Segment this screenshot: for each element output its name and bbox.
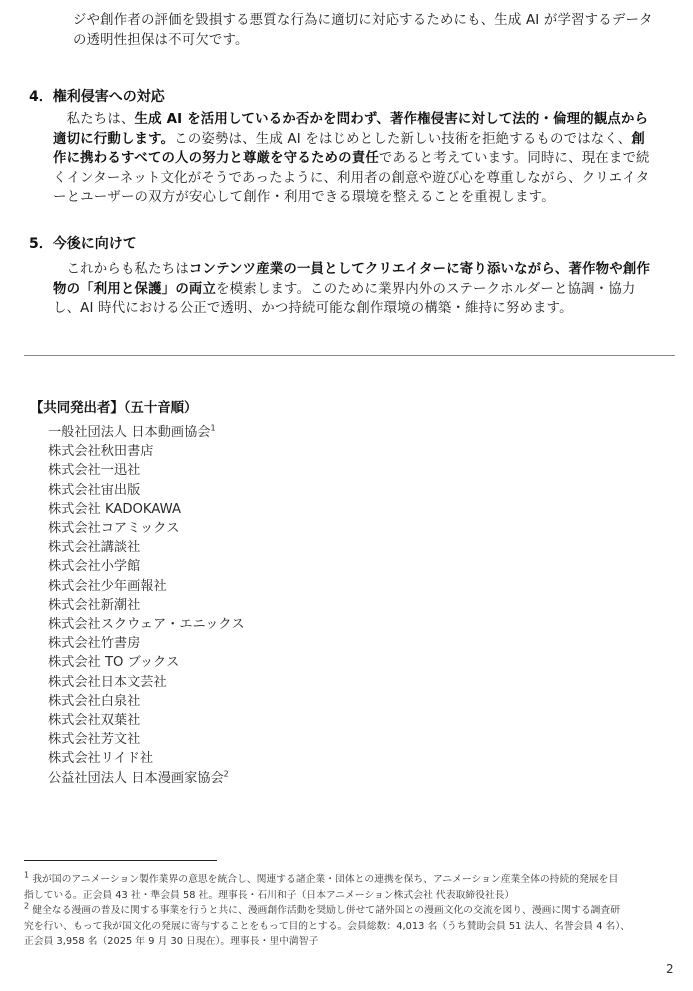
issuer-item: 株式会社新潮社 <box>48 596 245 615</box>
paragraph-line: 物の「利用と保護」の両立を模索します。このために業界内外のステークホルダーと協調… <box>53 280 673 300</box>
bold-text-run: 物の「利用と保護」の両立 <box>53 282 216 297</box>
bold-text-run: コンテンツ産業の一員としてクリエイターに寄り添いながら、著作物や創作 <box>189 262 650 277</box>
text-run: この姿勢は、生成 AI をはじめとした新しい技術を拒絶するものではなく、 <box>174 132 631 147</box>
text-run: であると考えています。同時に、現在まで続 <box>379 151 650 166</box>
issuer-item: 株式会社 TO ブックス <box>48 653 245 672</box>
issuer-name: 一般社団法人 日本動画協会 <box>48 425 210 440</box>
footnote-line: 1 我が国のアニメーション製作業界の意思を統合し、関連する諸企業・団体との連携を… <box>24 872 684 888</box>
text-run: し、AI 時代における公正で透明、かつ持続可能な創作環境の構築・維持に努めます。 <box>53 301 573 316</box>
bold-text-run: 適切に行動します。 <box>53 132 174 147</box>
text-run: 私たちは、 <box>53 112 135 127</box>
issuer-item: 株式会社秋田書店 <box>48 442 245 461</box>
footnote-line: 究を行い、もって我が国文化の発展に寄与することをもって目的とする。会員総数：4,… <box>24 919 684 935</box>
issuers-title: 【共同発出者】（五十音順） <box>30 397 197 416</box>
issuer-item: 株式会社 KADOKAWA <box>48 500 245 519</box>
footnotes: 1 我が国のアニメーション製作業界の意思を統合し、関連する諸企業・団体との連携を… <box>24 872 684 950</box>
section-divider <box>24 355 675 356</box>
bold-text-run: 生成 AI を活用しているか否かを問わず、著作権侵害に対して法的・倫理的観点から <box>135 112 649 127</box>
issuer-item: 株式会社双葉社 <box>48 711 245 730</box>
paragraph-line: 適切に行動します。この姿勢は、生成 AI をはじめとした新しい技術を拒絶するもの… <box>53 130 673 150</box>
text-run: ーとユーザーの双方が安心して創作・利用できる環境を整えることを重視します。 <box>53 190 555 205</box>
issuer-item: 株式会社講談社 <box>48 538 245 557</box>
paragraph-line: ーとユーザーの双方が安心して創作・利用できる環境を整えることを重視します。 <box>53 188 673 208</box>
section-5-heading: 5．今後に向けて <box>29 233 137 253</box>
issuer-item: 一般社団法人 日本動画協会1 <box>48 423 245 442</box>
issuer-item: 公益社団法人 日本漫画家協会2 <box>48 769 245 788</box>
paragraph-line: し、AI 時代における公正で透明、かつ持続可能な創作環境の構築・維持に努めます。 <box>53 299 673 319</box>
footnote-text: 健全なる漫画の普及に関する事業を行うと共に、漫画創作活動を奨励し併せて諸外国との… <box>29 905 620 916</box>
issuer-item: 株式会社スクウェア・エニックス <box>48 615 245 634</box>
paragraph-line: の透明性担保は不可欠です。 <box>73 31 693 51</box>
footnote-line: 2 健全なる漫画の普及に関する事業を行うと共に、漫画創作活動を奨励し併せて諸外国… <box>24 903 684 919</box>
paragraph-line: 作に携わるすべての人の努力と尊厳を守るための責任であると考えています。同時に、現… <box>53 149 673 169</box>
page-number: 2 <box>666 962 674 976</box>
document-page: ジや創作者の評価を毀損する悪質な行為に適切に対応するためにも、生成 AI が学習… <box>0 0 693 991</box>
bold-text-run: 創 <box>631 132 645 147</box>
paragraph-line: これからも私たちはコンテンツ産業の一員としてクリエイターに寄り添いながら、著作物… <box>53 260 673 280</box>
footnote-ref[interactable]: 1 <box>210 424 215 433</box>
issuer-item: 株式会社白泉社 <box>48 692 245 711</box>
issuer-item: 株式会社日本文芸社 <box>48 673 245 692</box>
footnote-separator <box>24 860 217 861</box>
footnote-line: 正会員 3,958 名（2025 年 9 月 30 日現在）。理事長・里中満智子 <box>24 934 684 950</box>
issuer-item: 株式会社宙出版 <box>48 481 245 500</box>
intro-continuation-paragraph: ジや創作者の評価を毀損する悪質な行為に適切に対応するためにも、生成 AI が学習… <box>73 11 693 50</box>
issuer-name: 公益社団法人 日本漫画家協会 <box>48 771 224 786</box>
section-4-paragraph: 私たちは、生成 AI を活用しているか否かを問わず、著作権侵害に対して法的・倫理… <box>53 110 673 208</box>
footnote-ref[interactable]: 2 <box>224 769 229 778</box>
paragraph-line: 私たちは、生成 AI を活用しているか否かを問わず、著作権侵害に対して法的・倫理… <box>53 110 673 130</box>
text-run: を模索します。このために業界内外のステークホルダーと協調・協力 <box>216 282 635 297</box>
footnote-2: 2 健全なる漫画の普及に関する事業を行うと共に、漫画創作活動を奨励し併せて諸外国… <box>24 903 684 950</box>
issuer-item: 株式会社小学館 <box>48 557 245 576</box>
paragraph-line: くインターネット文化がそうであったように、利用者の創意や遊び心を尊重しながら、ク… <box>53 169 673 189</box>
text-run: くインターネット文化がそうであったように、利用者の創意や遊び心を尊重しながら、ク… <box>53 171 649 186</box>
footnote-text: 我が国のアニメーション製作業界の意思を統合し、関連する諸企業・団体との連携を保ち… <box>29 874 618 885</box>
section-5-paragraph: これからも私たちはコンテンツ産業の一員としてクリエイターに寄り添いながら、著作物… <box>53 260 673 319</box>
paragraph-line: ジや創作者の評価を毀損する悪質な行為に適切に対応するためにも、生成 AI が学習… <box>73 11 693 31</box>
text-run: これからも私たちは <box>53 262 189 277</box>
bold-text-run: 作に携わるすべての人の努力と尊厳を守るための責任 <box>53 151 379 166</box>
issuer-item: 株式会社リイド社 <box>48 749 245 768</box>
issuer-item: 株式会社コアミックス <box>48 519 245 538</box>
section-4-heading: 4．権利侵害への対応 <box>29 86 165 106</box>
footnote-line: 指している。正会員 43 社・準会員 58 社。理事長・石川和子（日本アニメーシ… <box>24 888 684 904</box>
issuer-item: 株式会社竹書房 <box>48 634 245 653</box>
issuer-item: 株式会社少年画報社 <box>48 577 245 596</box>
footnote-1: 1 我が国のアニメーション製作業界の意思を統合し、関連する諸企業・団体との連携を… <box>24 872 684 903</box>
issuer-item: 株式会社芳文社 <box>48 730 245 749</box>
issuer-list: 一般社団法人 日本動画協会1 株式会社秋田書店 株式会社一迅社 株式会社宙出版 … <box>48 423 245 788</box>
issuer-item: 株式会社一迅社 <box>48 461 245 480</box>
